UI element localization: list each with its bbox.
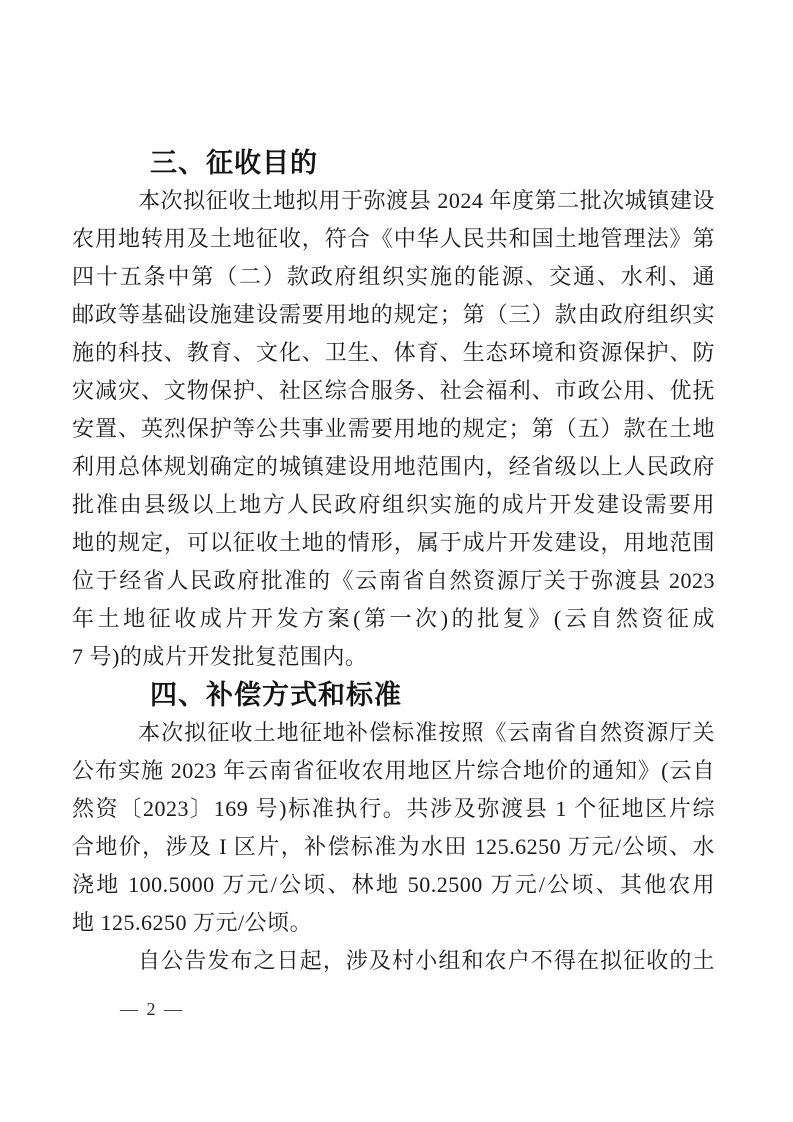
paragraph: 自公告发布之日起，涉及村小组和农户不得在拟征收的土地 [72,942,715,980]
section-heading: 三、征收目的 [72,144,715,182]
text-line: 四十五条中第（二）款政府组织实施的能源、交通、水利、通信、 [72,258,715,296]
paragraph: 本次拟征收土地拟用于弥渡县 2024 年度第二批次城镇建设农用地转用及土地征收，… [72,182,715,676]
document-page: 三、征收目的本次拟征收土地拟用于弥渡县 2024 年度第二批次城镇建设农用地转用… [0,0,793,1122]
text-line: 公布实施 2023 年云南省征收农用地区片综合地价的通知》(云自 [72,752,715,790]
text-line: 浇地 100.5000 万元/公顷、林地 50.2500 万元/公顷、其他农用 [72,866,715,904]
text-line: 自公告发布之日起，涉及村小组和农户不得在拟征收的土地 [72,942,715,980]
text-line: 地的规定，可以征收土地的情形，属于成片开发建设，用地范围 [72,524,715,562]
text-line: 批准由县级以上地方人民政府组织实施的成片开发建设需要用 [72,486,715,524]
text-line: 然资〔2023〕169 号)标准执行。共涉及弥渡县 1 个征地区片综 [72,790,715,828]
text-line: 邮政等基础设施建设需要用地的规定；第（三）款由政府组织实 [72,296,715,334]
text-line: 合地价，涉及 I 区片，补偿标准为水田 125.6250 万元/公顷、水 [72,828,715,866]
text-line: 施的科技、教育、文化、卫生、体育、生态环境和资源保护、防 [72,334,715,372]
text-line: 本次拟征收土地拟用于弥渡县 2024 年度第二批次城镇建设 [72,182,715,220]
text-line: 灾减灾、文物保护、社区综合服务、社会福利、市政公用、优抚 [72,372,715,410]
page-number: — 2 — [120,997,184,1021]
text-line: 位于经省人民政府批准的《云南省自然资源厅关于弥渡县 2023 [72,562,715,600]
section-heading: 四、补偿方式和标准 [72,676,715,714]
text-line: 本次拟征收土地征地补偿标准按照《云南省自然资源厅关于 [72,714,715,752]
text-line: 7 号)的成片开发批复范围内。 [72,638,715,676]
text-line: 年土地征收成片开发方案(第一次)的批复》(云自然资征成〔2024〕 [72,600,715,638]
text-line: 地 125.6250 万元/公顷。 [72,904,715,942]
text-line: 农用地转用及土地征收，符合《中华人民共和国土地管理法》第 [72,220,715,258]
text-line: 利用总体规划确定的城镇建设用地范围内，经省级以上人民政府 [72,448,715,486]
text-line: 安置、英烈保护等公共事业需要用地的规定；第（五）款在土地 [72,410,715,448]
document-body: 三、征收目的本次拟征收土地拟用于弥渡县 2024 年度第二批次城镇建设农用地转用… [72,144,715,980]
paragraph: 本次拟征收土地征地补偿标准按照《云南省自然资源厅关于公布实施 2023 年云南省… [72,714,715,942]
